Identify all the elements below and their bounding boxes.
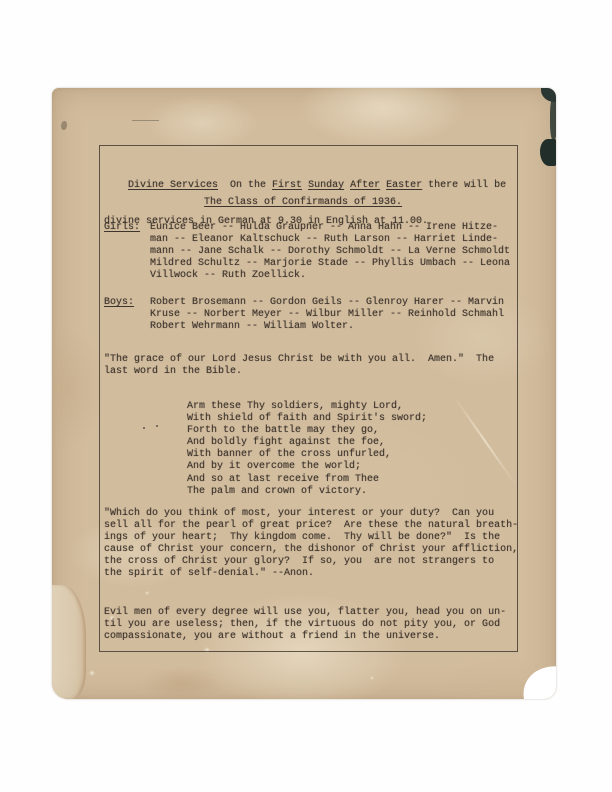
torn-edge-bottom-right — [519, 662, 556, 699]
closing-paragraph: Evil men of every degree will use you, f… — [104, 607, 506, 643]
pencil-line-top-left — [132, 120, 159, 121]
confirmation-hymn-verse: Arm these Thy soldiers, mighty Lord, Wit… — [187, 401, 427, 498]
grace-quote-paragraph: "The grace of our Lord Jesus Christ be w… — [104, 354, 494, 378]
paper-sheet: Divine Services On the First Sunday Afte… — [52, 88, 556, 699]
ink-stain-right-blob — [540, 139, 556, 166]
class-of-confirmands-heading: The Class of Confirmands of 1936. — [204, 197, 402, 209]
girls-label: Girls: — [104, 222, 140, 234]
water-stain-left-edge — [52, 585, 86, 699]
underlined-sunday: Sunday — [308, 180, 344, 191]
duty-question-paragraph: "Which do you think of most, your intere… — [104, 508, 518, 581]
notice-indent — [104, 180, 128, 191]
underlined-first: First — [272, 180, 302, 191]
boys-name-list: Robert Brosemann -- Gordon Geils -- Glen… — [150, 297, 504, 333]
notice-text: On the — [218, 180, 272, 191]
girls-name-list: Eunice Beer -- Hulda Graupner -- Anna Ha… — [150, 222, 510, 282]
underlined-divine-services: Divine Services — [128, 180, 218, 191]
scanned-page: Divine Services On the First Sunday Afte… — [0, 0, 612, 792]
notice-tail: there will be — [422, 180, 506, 191]
boys-label: Boys: — [104, 297, 134, 309]
underlined-easter: Easter — [386, 180, 422, 191]
ink-stain-right-edge — [550, 98, 556, 140]
underlined-after: After — [350, 180, 380, 191]
dark-speck-top-left — [61, 121, 67, 130]
notice-line-1: Divine Services On the First Sunday Afte… — [104, 180, 506, 192]
